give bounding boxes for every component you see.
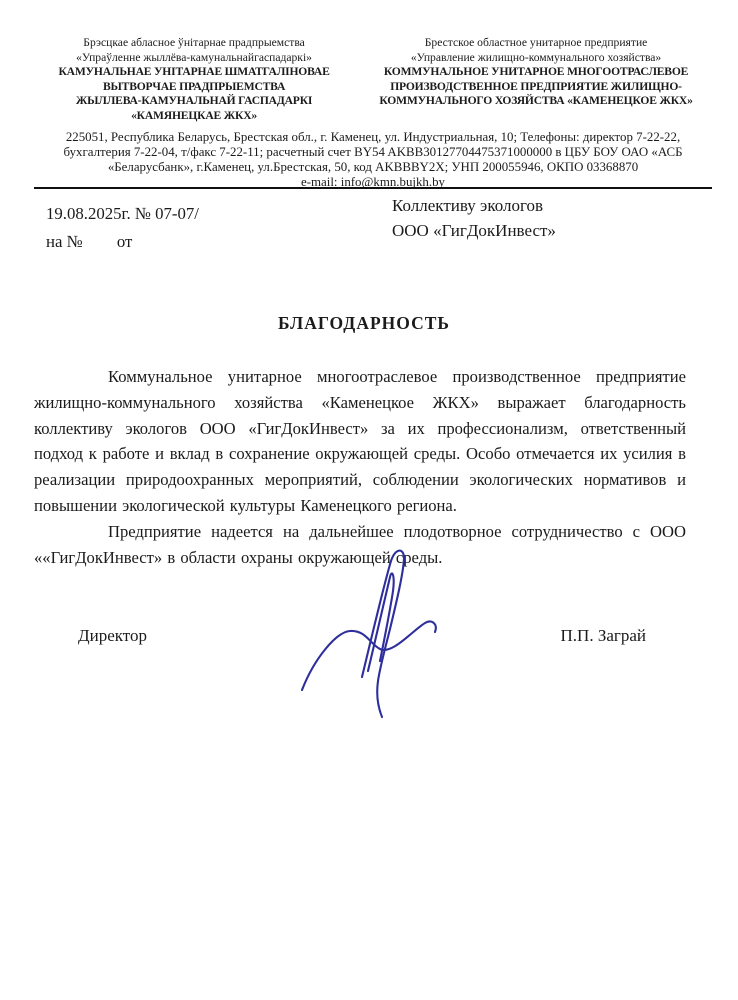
contact-line: бухгалтерия 7-22-04, т/факс 7-22-11; рас… bbox=[36, 145, 710, 160]
letterhead-divider bbox=[34, 187, 712, 189]
contact-line: «Беларусбанк», г.Каменец, ул.Брестская, … bbox=[36, 160, 710, 175]
signature-stroke bbox=[302, 622, 436, 690]
reply-on-number: на № bbox=[46, 232, 83, 251]
org-name-ru-line: КОММУНАЛЬНОГО ХОЗЯЙСТВА «КАМЕНЕЦКОЕ ЖКХ» bbox=[360, 94, 712, 109]
signature-ink bbox=[292, 549, 448, 719]
reply-from-label: от bbox=[117, 232, 133, 251]
org-name-by-line: ВЫТВОРЧАЕ ПРАДПРЫЕМСТВА bbox=[38, 80, 350, 95]
recipient-line: Коллективу экологов bbox=[392, 194, 556, 219]
org-name-ru-line: «Управление жилищно-коммунального хозяйс… bbox=[360, 51, 712, 66]
org-name-by-line: ЖЫЛЛЕВА-КАМУНАЛЬНАЙ ГАСПАДАРКІ bbox=[38, 94, 350, 109]
reply-reference-line: на № от bbox=[46, 228, 199, 256]
recipient-block: Коллективу экологов ООО «ГигДокИнвест» bbox=[392, 194, 556, 243]
signer-name: П.П. Заграй bbox=[561, 626, 646, 646]
reference-block: 19.08.2025г. № 07-07/ на № от bbox=[46, 200, 199, 256]
org-name-ru-line: КОММУНАЛЬНОЕ УНИТАРНОЕ МНОГООТРАСЛЕВОЕ bbox=[360, 65, 712, 80]
contact-block: 225051, Республика Беларусь, Брестская о… bbox=[36, 130, 710, 190]
org-name-ru-line: ПРОИЗВОДСТВЕННОЕ ПРЕДПРИЯТИЕ ЖИЛИЩНО- bbox=[360, 80, 712, 95]
letterhead: Брэсцкае абласное ўнітарнае прадпрыемств… bbox=[38, 36, 712, 124]
date-and-number: 19.08.2025г. № 07-07/ bbox=[46, 200, 199, 228]
letterhead-belarusian: Брэсцкае абласное ўнітарнае прадпрыемств… bbox=[38, 36, 350, 124]
recipient-line: ООО «ГигДокИнвест» bbox=[392, 219, 556, 244]
document-title: БЛАГОДАРНОСТЬ bbox=[34, 313, 694, 334]
letter-page: Брэсцкае абласное ўнітарнае прадпрыемств… bbox=[0, 0, 738, 1000]
org-name-by-line: Брэсцкае абласное ўнітарнае прадпрыемств… bbox=[38, 36, 350, 51]
org-name-by-line: КАМУНАЛЬНАЕ УНІТАРНАЕ ШМАТГАЛІНОВАЕ bbox=[38, 65, 350, 80]
body-paragraph: Коммунальное унитарное многоотраслевое п… bbox=[34, 364, 686, 519]
letter-body: Коммунальное унитарное многоотраслевое п… bbox=[34, 364, 686, 570]
letterhead-russian: Брестское областное унитарное предприяти… bbox=[360, 36, 712, 124]
signature-stroke bbox=[368, 573, 394, 671]
org-name-ru-line: Брестское областное унитарное предприяти… bbox=[360, 36, 712, 51]
contact-line: 225051, Республика Беларусь, Брестская о… bbox=[36, 130, 710, 145]
signature-stroke bbox=[362, 551, 404, 717]
org-name-by-line: «КАМЯНЕЦКАЕ ЖКХ» bbox=[38, 109, 350, 124]
org-name-by-line: «Упраўленне жыллёва-камунальнайгаспадарк… bbox=[38, 51, 350, 66]
signer-role: Директор bbox=[78, 626, 147, 646]
